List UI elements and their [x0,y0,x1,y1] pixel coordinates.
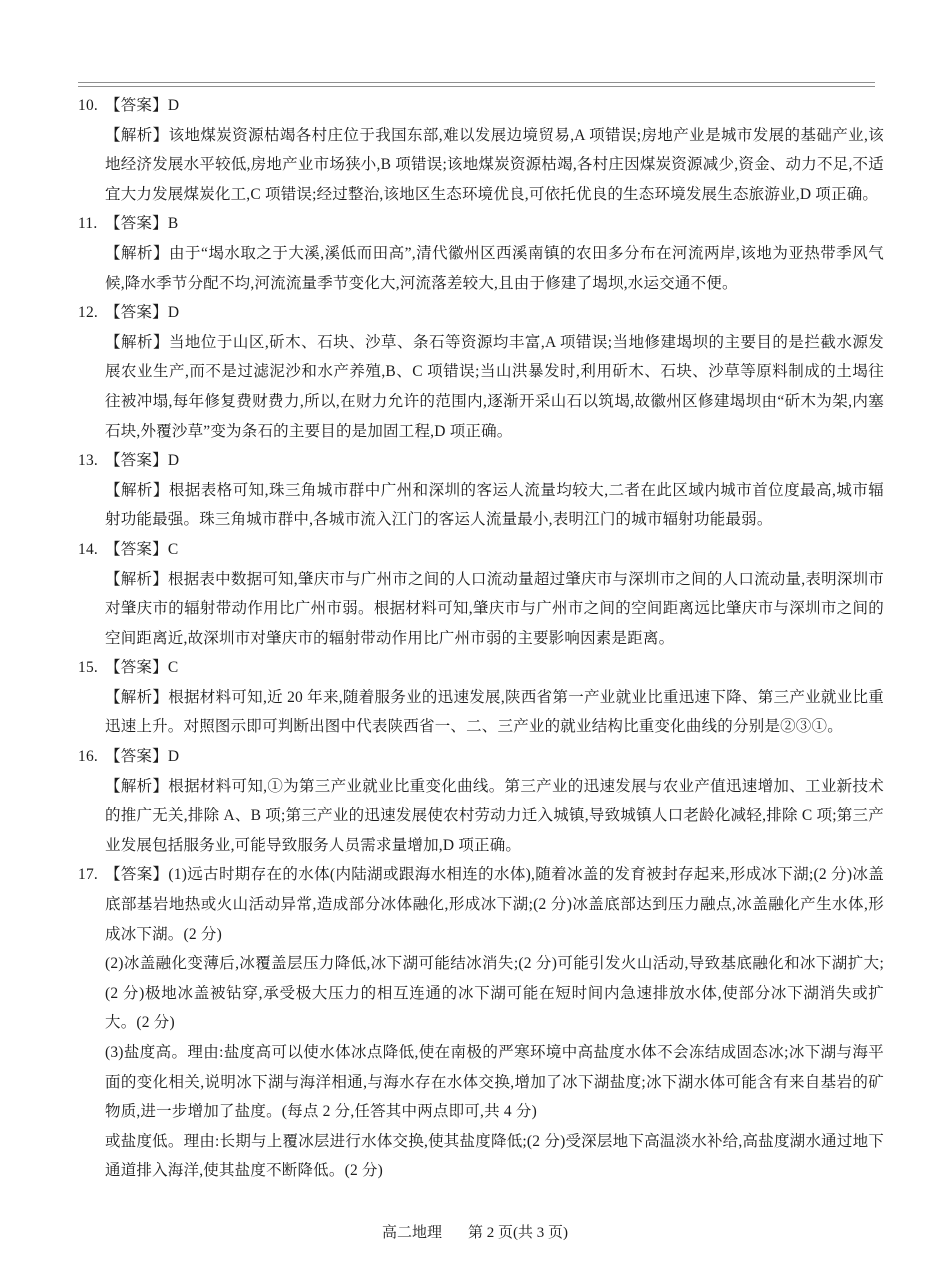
document-page: 10.【答案】D 【解析】该地煤炭资源枯竭各村庄位于我国东部,难以发展边境贸易,… [0,0,950,1282]
answer-line: 11.【答案】B [105,209,884,239]
analysis-label: 【解析】 [105,334,169,351]
analysis-paragraph: 【解析】由于“堨水取之于大溪,溪低而田高”,清代徽州区西溪南镇的农田多分布在河流… [105,239,884,298]
answer-label: 【答案】 [105,866,168,883]
answer-block-17: 17.【答案】(1)远古时期存在的水体(内陆湖或跟海水相连的水体),随着冰盖的发… [78,860,884,1186]
analysis-paragraph: 【解析】当地位于山区,斫木、石块、沙草、条石等资源均丰富,A 项错误;当地修建堨… [105,328,884,446]
answer-line: 14.【答案】C [105,535,884,565]
answer-label: 【答案】 [105,215,168,232]
answer-value: D [168,452,179,469]
answer-label: 【答案】 [105,304,168,321]
analysis-paragraph: 【解析】该地煤炭资源枯竭各村庄位于我国东部,难以发展边境贸易,A 项错误;房地产… [105,121,884,210]
analysis-text: 当地位于山区,斫木、石块、沙草、条石等资源均丰富,A 项错误;当地修建堨坝的主要… [105,334,884,440]
analysis-label: 【解析】 [105,778,168,795]
answer-part-2: (2)冰盖融化变薄后,冰覆盖层压力降低,冰下湖可能结冰消失;(2 分)可能引发火… [105,949,884,1038]
analysis-paragraph: 【解析】根据表中数据可知,肇庆市与广州市之间的人口流动量超过肇庆市与深圳市之间的… [105,565,884,654]
question-number: 14. [78,535,98,565]
analysis-text: 根据表格可知,珠三角城市群中广州和深圳的客运人流量均较大,二者在此区域内城市首位… [105,482,884,529]
answer-part-3: (3)盐度高。理由:盐度高可以使水体冰点降低,使在南极的严寒环境中高盐度水体不会… [105,1038,884,1127]
analysis-label: 【解析】 [105,245,169,262]
answer-block-15: 15.【答案】C 【解析】根据材料可知,近 20 年来,随着服务业的迅速发展,陕… [78,653,884,742]
analysis-text: 由于“堨水取之于大溪,溪低而田高”,清代徽州区西溪南镇的农田多分布在河流两岸,该… [105,245,884,292]
answer-value: B [168,215,179,232]
answer-label: 【答案】 [105,541,168,558]
question-number: 12. [78,298,98,328]
footer-page-number: 第 2 页(共 3 页) [468,1225,568,1241]
analysis-text: 该地煤炭资源枯竭各村庄位于我国东部,难以发展边境贸易,A 项错误;房地产业是城市… [105,127,884,203]
analysis-text: 根据材料可知,近 20 年来,随着服务业的迅速发展,陕西省第一产业就业比重迅速下… [105,689,884,736]
answer-line: 13.【答案】D [105,446,884,476]
footer-course-title: 高二地理 [382,1225,442,1241]
analysis-paragraph: 【解析】根据材料可知,近 20 年来,随着服务业的迅速发展,陕西省第一产业就业比… [105,683,884,742]
answer-block-13: 13.【答案】D 【解析】根据表格可知,珠三角城市群中广州和深圳的客运人流量均较… [78,446,884,535]
question-number: 15. [78,653,98,683]
answer-part-4: 或盐度低。理由:长期与上覆冰层进行水体交换,使其盐度降低;(2 分)受深层地下高… [105,1127,884,1186]
question-number: 10. [78,91,98,121]
analysis-paragraph: 【解析】根据材料可知,①为第三产业就业比重变化曲线。第三产业的迅速发展与农业产值… [105,772,884,861]
analysis-label: 【解析】 [105,127,169,144]
analysis-label: 【解析】 [105,571,168,588]
answers-section: 10.【答案】D 【解析】该地煤炭资源枯竭各村庄位于我国东部,难以发展边境贸易,… [78,91,884,1186]
answer-value: C [168,541,179,558]
answer-block-16: 16.【答案】D 【解析】根据材料可知,①为第三产业就业比重变化曲线。第三产业的… [78,742,884,860]
answer-value: D [168,97,179,114]
answer-value: D [168,748,179,765]
answer-part-1: (1)远古时期存在的水体(内陆湖或跟海水相连的水体),随着冰盖的发育被封存起来,… [105,866,884,942]
question-number: 11. [78,209,97,239]
analysis-paragraph: 【解析】根据表格可知,珠三角城市群中广州和深圳的客运人流量均较大,二者在此区域内… [105,476,884,535]
answer-block-12: 12.【答案】D 【解析】当地位于山区,斫木、石块、沙草、条石等资源均丰富,A … [78,298,884,446]
answer-label: 【答案】 [105,452,168,469]
answer-line: 10.【答案】D [105,91,884,121]
answer-line: 17.【答案】(1)远古时期存在的水体(内陆湖或跟海水相连的水体),随着冰盖的发… [105,860,884,949]
header-double-rule [78,82,875,87]
answer-value: C [168,659,179,676]
answer-block-10: 10.【答案】D 【解析】该地煤炭资源枯竭各村庄位于我国东部,难以发展边境贸易,… [78,91,884,209]
answer-label: 【答案】 [105,97,168,114]
question-number: 16. [78,742,98,772]
analysis-text: 根据材料可知,①为第三产业就业比重变化曲线。第三产业的迅速发展与农业产值迅速增加… [105,778,884,854]
answer-block-14: 14.【答案】C 【解析】根据表中数据可知,肇庆市与广州市之间的人口流动量超过肇… [78,535,884,653]
question-number: 13. [78,446,98,476]
answer-block-11: 11.【答案】B 【解析】由于“堨水取之于大溪,溪低而田高”,清代徽州区西溪南镇… [78,209,884,298]
analysis-label: 【解析】 [105,482,169,499]
question-number: 17. [78,860,98,890]
analysis-text: 根据表中数据可知,肇庆市与广州市之间的人口流动量超过肇庆市与深圳市之间的人口流动… [105,571,884,647]
analysis-label: 【解析】 [105,689,168,706]
page-footer: 高二地理第 2 页(共 3 页) [0,1221,950,1242]
answer-value: D [168,304,179,321]
answer-line: 15.【答案】C [105,653,884,683]
answer-line: 16.【答案】D [105,742,884,772]
answer-label: 【答案】 [105,748,168,765]
answer-label: 【答案】 [105,659,168,676]
answer-line: 12.【答案】D [105,298,884,328]
